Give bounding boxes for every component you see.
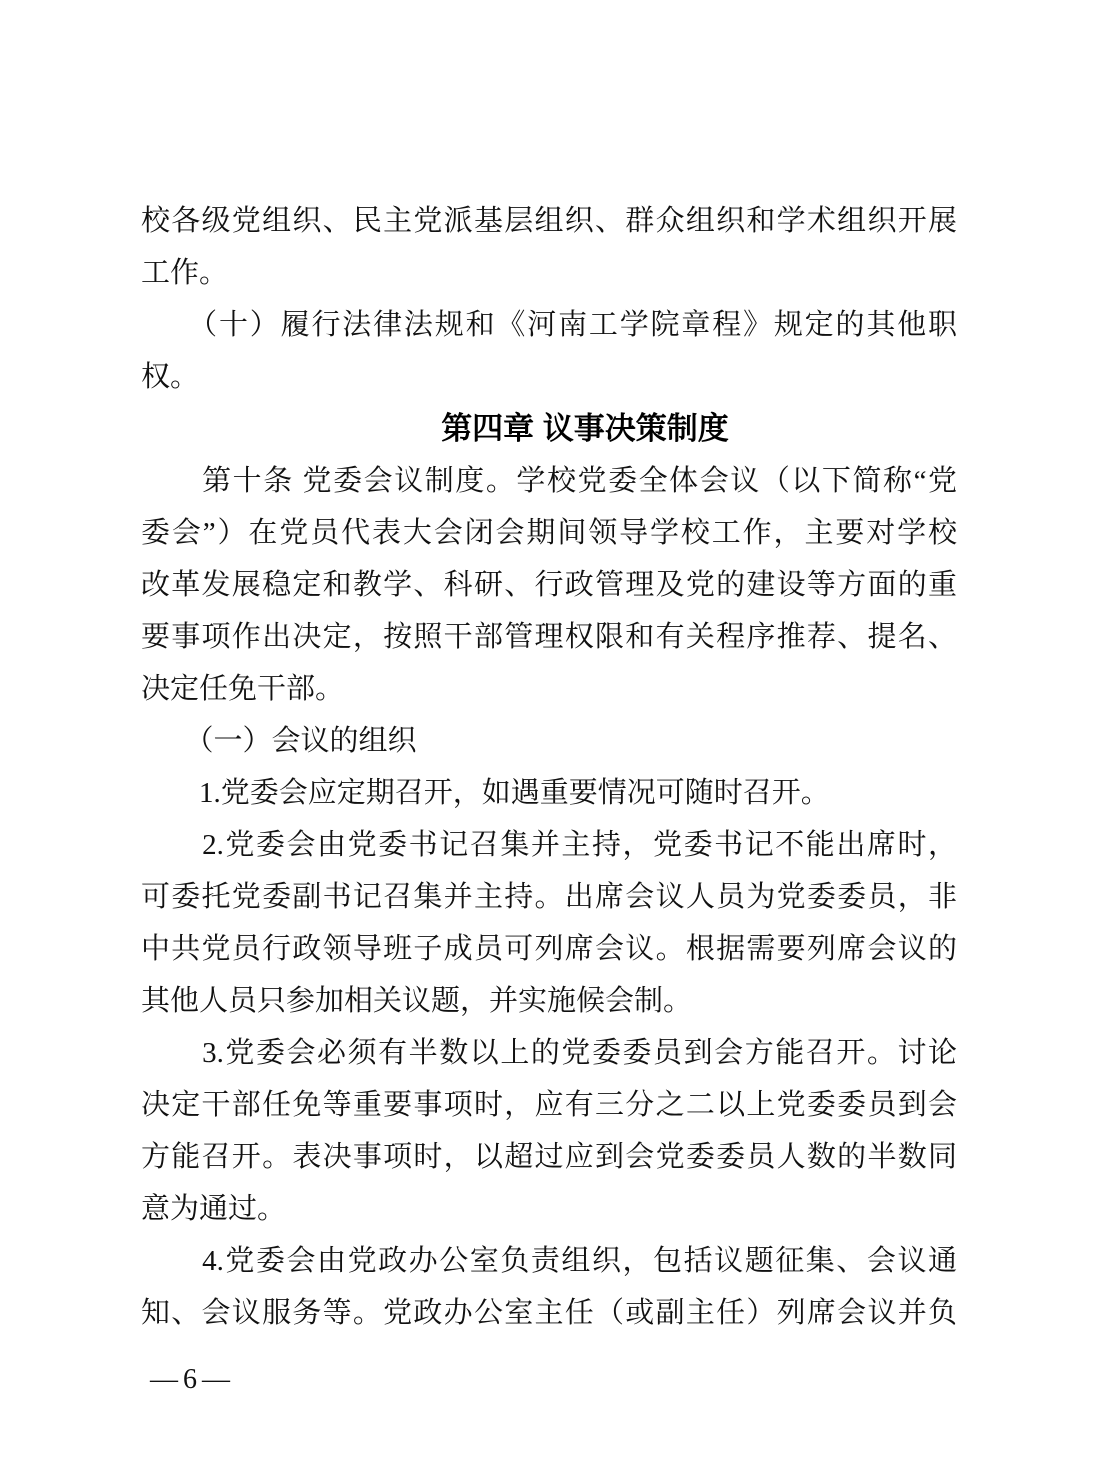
text-line: 校各级党组织、民主党派基层组织、群众组织和学术组织开展 [141,195,957,247]
document-body: 校各级党组织、民主党派基层组织、群众组织和学术组织开展 工作。 （十）履行法律法… [141,195,957,1339]
document-page: 校各级党组织、民主党派基层组织、群众组织和学术组织开展 工作。 （十）履行法律法… [0,0,1095,1483]
text-line: 3.党委会必须有半数以上的党委委员到会方能召开。讨论 [141,1027,957,1079]
text-line: 工作。 [141,247,957,299]
text-line: 1.党委会应定期召开，如遇重要情况可随时召开。 [141,767,957,819]
page-number: —6— [150,1362,235,1398]
chapter-heading-text: 第四章 议事决策制度 [441,411,729,446]
text-line: 决定干部任免等重要事项时，应有三分之二以上党委委员到会 [141,1079,957,1131]
text-line: 4.党委会由党政办公室负责组织，包括议题征集、会议通 [141,1235,957,1287]
text-line: 中共党员行政领导班子成员可列席会议。根据需要列席会议的 [141,923,957,975]
text-line: 其他人员只参加相关议题，并实施候会制。 [141,975,957,1027]
text-line: 要事项作出决定，按照干部管理权限和有关程序推荐、提名、 [141,611,957,663]
text-line: 2.党委会由党委书记召集并主持，党委书记不能出席时， [141,819,957,871]
text-line: 第十条 党委会议制度。学校党委全体会议（以下简称“党 [141,455,957,507]
text-line: （十）履行法律法规和《河南工学院章程》规定的其他职 [141,299,957,351]
text-line: 方能召开。表决事项时，以超过应到会党委委员人数的半数同 [141,1131,957,1183]
text-line: 委会”）在党员代表大会闭会期间领导学校工作，主要对学校 [141,507,957,559]
chapter-heading: 第四章 议事决策制度 [141,403,957,455]
text-line: 改革发展稳定和教学、科研、行政管理及党的建设等方面的重 [141,559,957,611]
text-line: 决定任免干部。 [141,663,957,715]
text-line: 权。 [141,351,957,403]
text-line: 可委托党委副书记召集并主持。出席会议人员为党委委员，非 [141,871,957,923]
text-line: 知、会议服务等。党政办公室主任（或副主任）列席会议并负 [141,1287,957,1339]
text-line: 意为通过。 [141,1183,957,1235]
text-line: （一）会议的组织 [141,715,957,767]
